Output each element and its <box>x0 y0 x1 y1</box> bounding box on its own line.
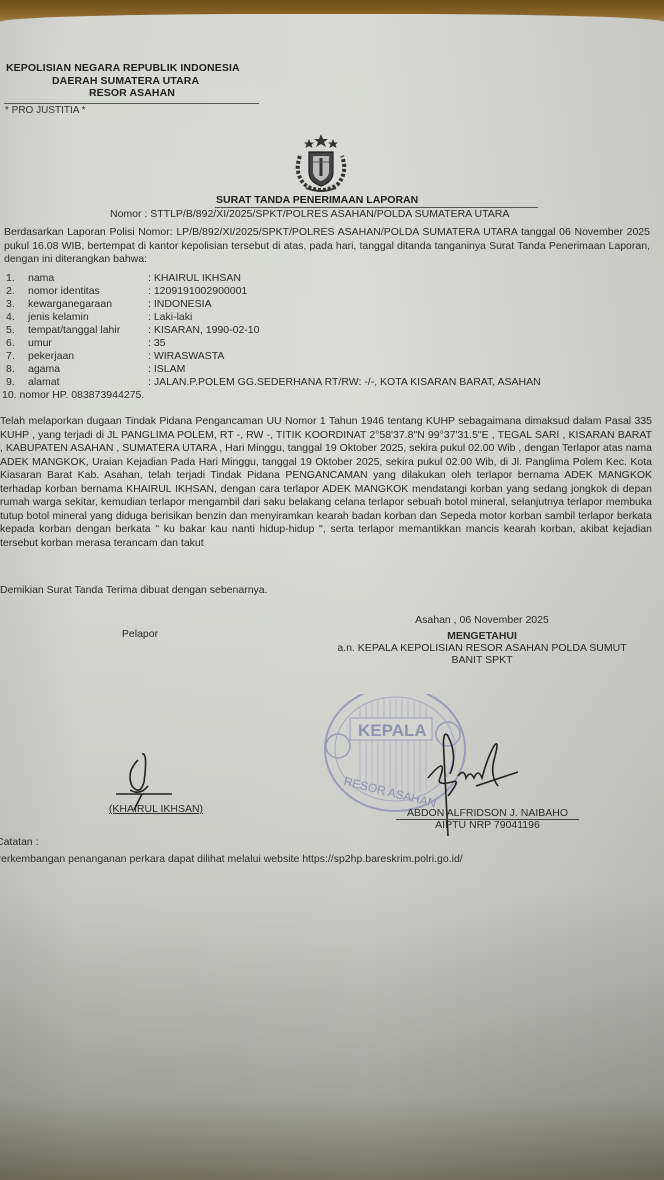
agency-line-2: DAERAH SUMATERA UTARA <box>52 75 199 87</box>
stamp-text-top: KEPALA <box>358 721 427 740</box>
field-number: 7. <box>6 350 26 362</box>
field-number: 4. <box>6 311 26 323</box>
intro-paragraph: Berdasarkan Laporan Polisi Nomor: LP/B/8… <box>4 226 650 267</box>
phone-row: 10. nomor HP. 083873944275. <box>2 389 144 401</box>
field-number: 8. <box>6 363 26 375</box>
agency-line-1: KEPOLISIAN NEGARA REPUBLIK INDONESIA <box>6 62 240 74</box>
field-label: tempat/tanggal lahir <box>28 324 120 336</box>
document-page: KEPOLISIAN NEGARA REPUBLIK INDONESIA DAE… <box>0 14 664 1180</box>
field-value: : 35 <box>148 337 166 349</box>
field-value: : WIRASWASTA <box>148 350 224 362</box>
reporter-name: (KHAIRUL IKHSAN) <box>100 803 212 815</box>
notes-text: Perkembangan penanganan perkara dapat di… <box>0 853 463 865</box>
field-value: : KHAIRUL IKHSAN <box>148 272 241 284</box>
field-number: 3. <box>6 298 26 310</box>
agency-line-3: RESOR ASAHAN <box>89 87 175 99</box>
field-value: : ISLAM <box>148 363 185 375</box>
police-emblem-icon <box>286 132 356 196</box>
place-date: Asahan , 06 November 2025 <box>300 614 664 626</box>
field-label: nama <box>28 272 54 284</box>
field-label: umur <box>28 337 52 349</box>
field-number: 9. <box>6 376 26 388</box>
field-label: nomor identitas <box>28 285 100 297</box>
field-number: 2. <box>6 285 26 297</box>
field-number: 1. <box>6 272 26 284</box>
reporter-label: Pelapor <box>100 628 180 640</box>
field-value: : KISARAN, 1990-02-10 <box>148 324 259 336</box>
officer-rank: AIPTU NRP 79041196 <box>396 819 579 831</box>
field-label: agama <box>28 363 60 375</box>
document-number: Nomor : STTLP/B/892/XI/2025/SPKT/POLRES … <box>110 208 509 220</box>
field-value: : 1209191002900001 <box>148 285 247 297</box>
notes-label: Catatan : <box>0 836 39 848</box>
field-value: : INDONESIA <box>148 298 212 310</box>
field-value: : JALAN.P.POLEM GG.SEDERHANA RT/RW: -/-,… <box>148 376 541 388</box>
report-body: Telah melaporkan dugaan Tindak Pidana Pe… <box>0 415 652 550</box>
field-number: 6. <box>6 337 26 349</box>
field-value: : Laki-laki <box>148 311 192 323</box>
mengetahui-label: MENGETAHUI <box>300 630 664 642</box>
field-label: jenis kelamin <box>28 311 89 323</box>
header-divider <box>4 103 259 104</box>
field-number: 5. <box>6 324 26 336</box>
unit-line: BANIT SPKT <box>300 654 664 666</box>
field-label: kewarganegaraan <box>28 298 112 310</box>
field-label: pekerjaan <box>28 350 74 362</box>
field-label: alamat <box>28 376 60 388</box>
document-title: SURAT TANDA PENERIMAAN LAPORAN <box>216 194 418 206</box>
pro-justitia: * PRO JUSTITIA * <box>5 105 86 116</box>
closing-statement: Demikian Surat Tanda Terima dibuat denga… <box>0 584 268 598</box>
on-behalf-line: a.n. KEPALA KEPOLISIAN RESOR ASAHAN POLD… <box>300 642 664 654</box>
